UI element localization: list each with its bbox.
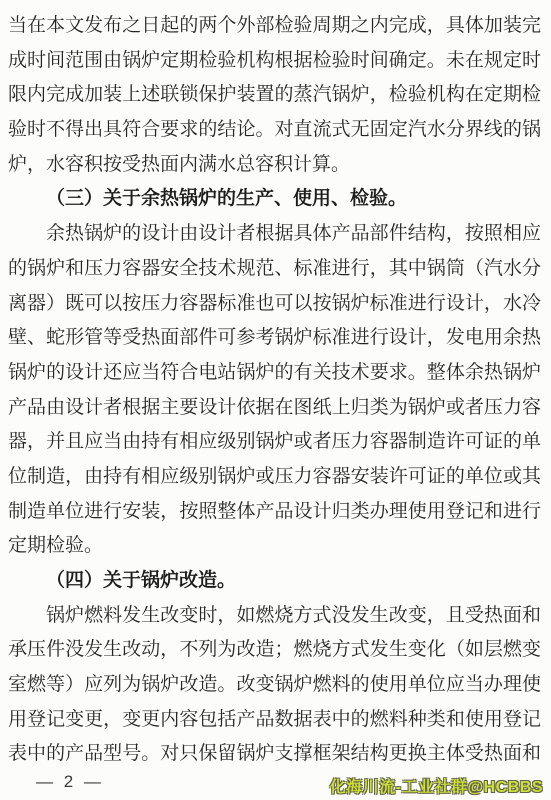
page-number: — 2 — xyxy=(36,772,104,792)
paragraph-boiler-retrofit: 锅炉燃料发生改变时，如燃烧方式没发生改变，且受热面和承压件没发生改动，不列为改造… xyxy=(8,599,541,772)
paragraph-continuation: 当在本文发布之日起的两个外部检验周期之内完成，具体加装完成时间范围由锅炉定期检验… xyxy=(8,9,541,182)
text-line: 器，并且应当由持有相应级别锅炉或者压力容器制造许可证的单 xyxy=(8,425,541,460)
text-line: 位制造，由持有相应级别锅炉或压力容器安装许可证的单位或其 xyxy=(8,460,541,495)
section-heading-4: （四）关于锅炉改造。 xyxy=(8,564,541,599)
text-line: 产品由设计者根据主要设计依据在图纸上归类为锅炉或者压力容 xyxy=(8,391,541,426)
section-heading-3: （三）关于余热锅炉的生产、使用、检验。 xyxy=(8,182,541,217)
heading-line: （三）关于余热锅炉的生产、使用、检验。 xyxy=(8,182,541,217)
text-line: 定期检验。 xyxy=(8,529,541,564)
text-line: 锅炉燃料发生改变时，如燃烧方式没发生改变，且受热面和 xyxy=(8,599,541,634)
text-line: 余热锅炉的设计由设计者根据具体产品部件结构，按照相应 xyxy=(8,217,541,252)
text-line: 离器）既可以按压力容器标准也可以按锅炉标准进行设计，水冷 xyxy=(8,287,541,322)
page-footer: — 2 — 化海川流-工业社群@HCBBS xyxy=(8,769,543,797)
text-line: 承压件没发生改动，不列为改造；燃烧方式发生变化（如层燃变 xyxy=(8,633,541,668)
document-body: 当在本文发布之日起的两个外部检验周期之内完成，具体加装完成时间范围由锅炉定期检验… xyxy=(8,9,541,772)
text-line: 炉，水容积按受热面内满水总容积计算。 xyxy=(8,148,541,183)
text-line: 验时不得出具符合要求的结论。对直流式无固定汽水分界线的锅 xyxy=(8,113,541,148)
text-line: 锅炉的设计还应当符合电站锅炉的有关技术要求。整体余热锅炉 xyxy=(8,356,541,391)
text-line: 当在本文发布之日起的两个外部检验周期之内完成，具体加装完 xyxy=(8,9,541,44)
text-line: 成时间范围由锅炉定期检验机构根据检验时间确定。未在规定时 xyxy=(8,44,541,79)
document-page: 当在本文发布之日起的两个外部检验周期之内完成，具体加装完成时间范围由锅炉定期检验… xyxy=(0,0,551,800)
text-line: 表中的产品型号。对只保留锅炉支撑框架结构更换主体受热面和 xyxy=(8,737,541,772)
text-line: 壁、蛇形管等受热面部件可参考锅炉标准进行设计，发电用余热 xyxy=(8,321,541,356)
heading-line: （四）关于锅炉改造。 xyxy=(8,564,541,599)
text-line: 的锅炉和压力容器安全技术规范、标准进行，其中锅筒（汽水分 xyxy=(8,252,541,287)
watermark: 化海川流-工业社群@HCBBS xyxy=(330,774,543,797)
paragraph-waste-heat-boiler: 余热锅炉的设计由设计者根据具体产品部件结构，按照相应的锅炉和压力容器安全技术规范… xyxy=(8,217,541,564)
text-line: 用登记变更，变更内容包括产品数据表中的燃料种类和使用登记 xyxy=(8,703,541,738)
text-line: 限内完成加装上述联锁保护装置的蒸汽锅炉，检验机构在定期检 xyxy=(8,78,541,113)
text-line: 室燃等）应列为锅炉改造。改变锅炉燃料的使用单位应当办理使 xyxy=(8,668,541,703)
text-line: 制造单位进行安装，按照整体产品设计归类办理使用登记和进行 xyxy=(8,495,541,530)
